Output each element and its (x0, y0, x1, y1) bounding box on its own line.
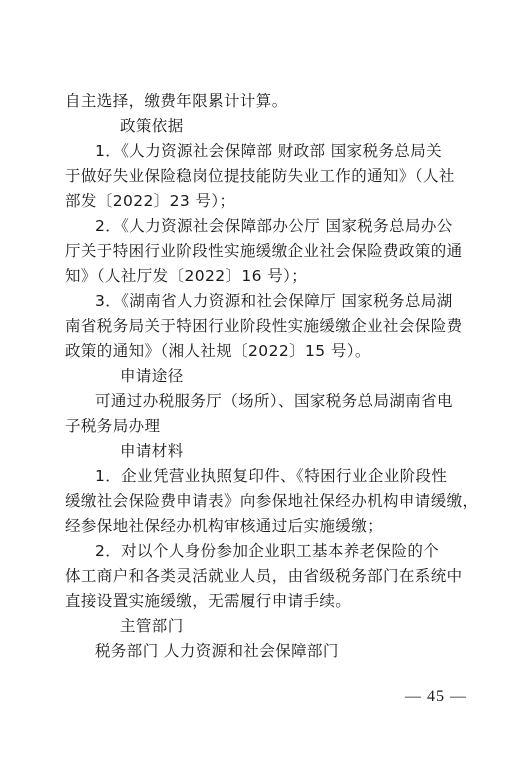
body-text-line: 知》（人社厅发〔2022〕16 号）； (65, 264, 465, 289)
body-text-line: 政策的通知》（湘人社规〔2022〕15 号）。 (65, 339, 465, 364)
body-text-line: 自主选择，缴费年限累计计算。 (65, 89, 465, 114)
policy-item-3: 3．《湖南省人力资源和社会保障厅 国家税务总局湖 (65, 289, 465, 314)
body-text-line: 缓缴社会保险费申请表》向参保地社保经办机构申请缓缴， (65, 489, 465, 514)
application-channel-text: 可通过办税服务厅（场所）、国家税务总局湖南省电 (65, 389, 465, 414)
body-text-line: 于做好失业保险稳岗位提技能防失业工作的通知》（人社 (65, 164, 465, 189)
body-text-line: 直接设置实施缓缴，无需履行申请手续。 (65, 589, 465, 614)
document-page: 自主选择，缴费年限累计计算。 政策依据 1．《人力资源社会保障部 财政部 国家税… (65, 89, 465, 664)
body-text-line: 厅关于特困行业阶段性实施缓缴企业社会保险费政策的通 (65, 239, 465, 264)
body-text-line: 南省税务局关于特困行业阶段性实施缓缴企业社会保险费 (65, 314, 465, 339)
body-text-line: 部发〔2022〕23 号）； (65, 189, 465, 214)
policy-item-2: 2．《人力资源社会保障部办公厅 国家税务总局办公 (65, 214, 465, 239)
body-text-line: 经参保地社保经办机构审核通过后实施缓缴； (65, 514, 465, 539)
page-number: — 45 — (405, 688, 467, 706)
section-heading-policy-basis: 政策依据 (65, 114, 465, 139)
materials-item-1: 1．企业凭营业执照复印件、《特困行业企业阶段性 (65, 464, 465, 489)
competent-department-text: 税务部门 人力资源和社会保障部门 (65, 639, 465, 664)
section-heading-application-channel: 申请途径 (65, 364, 465, 389)
section-heading-application-materials: 申请材料 (65, 439, 465, 464)
materials-item-2: 2．对以个人身份参加企业职工基本养老保险的个 (65, 539, 465, 564)
section-heading-competent-department: 主管部门 (65, 614, 465, 639)
body-text-line: 子税务局办理 (65, 414, 465, 439)
body-text-line: 体工商户和各类灵活就业人员，由省级税务部门在系统中 (65, 564, 465, 589)
policy-item-1: 1．《人力资源社会保障部 财政部 国家税务总局关 (65, 139, 465, 164)
